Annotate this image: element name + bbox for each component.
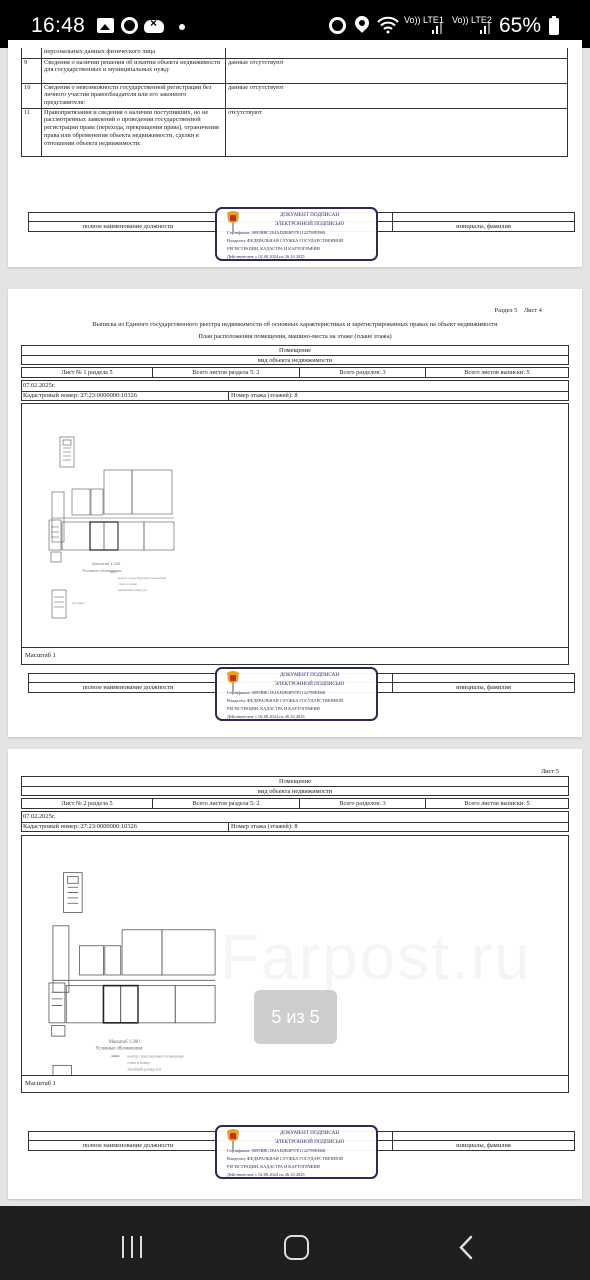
table-row: персональных данных физического лица <box>22 48 568 58</box>
name-label: инициалы, фамилия <box>392 223 575 230</box>
emblem-icon <box>225 1128 241 1150</box>
svg-text:стена и номер: стена и номер <box>127 1061 149 1065</box>
sheet-label: Лист 5 <box>541 768 559 775</box>
svg-text:контур существующего помещения: контур существующего помещения <box>127 1054 183 1058</box>
electronic-signature-stamp: ДОКУМЕНТ ПОДПИСАН ЭЛЕКТРОННОЙ ПОДПИСЬЮ С… <box>215 207 378 261</box>
svg-text:контур существующего помещения: контур существующего помещения <box>118 576 167 580</box>
position-label: полное наименование должности <box>28 223 228 230</box>
alarm-icon <box>329 17 346 34</box>
floor-plan-area: Масштаб 1:200 Условные обозначения: конт… <box>21 403 569 665</box>
svg-text:линейный размер (м): линейный размер (м) <box>118 588 147 592</box>
clock: 16:48 <box>31 14 85 38</box>
svg-text:стена и номер: стена и номер <box>118 582 137 586</box>
recent-apps-button[interactable] <box>120 1236 144 1258</box>
cadastral-number: Кадастровый номер: 27:23:0000000:10326 <box>23 822 137 832</box>
extract-heading: Выписка из Единого государственного реес… <box>8 321 582 328</box>
signal-icon <box>480 20 494 34</box>
battery-percent: 65% <box>499 14 541 38</box>
plan-subheading: План расположения помещения, машино-мест… <box>8 333 582 340</box>
q-app-icon <box>121 17 138 34</box>
svg-text:линейный размер (м): линейный размер (м) <box>127 1068 161 1072</box>
chevron-left-icon <box>458 1235 474 1260</box>
floor-number: Номер этажа (этажей): 8 <box>228 391 298 400</box>
svg-text:Условные обозначения:: Условные обозначения: <box>95 1046 143 1051</box>
electronic-signature-stamp: ДОКУМЕНТ ПОДПИСАН ЭЛЕКТРОННОЙ ПОДПИСЬЮ С… <box>215 667 378 721</box>
object-type-box: Помещение вид объекта недвижимости <box>21 345 569 365</box>
svg-text:Масштаб 1:200: Масштаб 1:200 <box>92 561 121 566</box>
scale-label: Масштаб 1 <box>22 647 568 664</box>
cadastral-box: 07.02.2025г. Кадастровый номер: 27:23:00… <box>21 380 569 401</box>
sheet-info-row: Лист № 2 раздела 5 Всего листов раздела … <box>21 798 569 809</box>
svg-text:лестница: лестница <box>72 601 85 605</box>
gallery-icon <box>97 18 114 33</box>
floor-plan-drawing: Масштаб 1:200 Условные обозначения: конт… <box>42 866 242 1076</box>
floor-number: Номер этажа (этажей): 8 <box>228 822 298 831</box>
document-page-3: персональных данных физического лица 9 С… <box>8 40 582 267</box>
table-row: 10 Сведения о невозможности государствен… <box>22 83 568 108</box>
cadastral-box: 07.02.2025г. Кадастровый номер: 27:23:00… <box>21 811 569 832</box>
object-type-box: Помещение вид объекта недвижимости <box>21 776 569 796</box>
name-label: инициалы, фамилия <box>392 684 575 691</box>
watermark: Farpost.ru <box>220 920 532 994</box>
emblem-icon <box>225 670 241 692</box>
electronic-signature-stamp: ДОКУМЕНТ ПОДПИСАН ЭЛЕКТРОННОЙ ПОДПИСЬЮ С… <box>215 1125 378 1179</box>
page-counter: 5 из 5 <box>254 990 337 1044</box>
floor-plan-drawing: Масштаб 1:200 Условные обозначения: конт… <box>44 432 194 642</box>
position-label: полное наименование должности <box>28 1142 228 1149</box>
cadastral-number: Кадастровый номер: 27:23:0000000:10326 <box>23 391 137 401</box>
section-sheet-label: Раздел 5 Лист 4 <box>495 307 542 314</box>
info-table: персональных данных физического лица 9 С… <box>21 48 568 157</box>
scale-label: Масштаб 1 <box>22 1075 568 1092</box>
cloud-error-icon <box>144 20 164 33</box>
emblem-icon <box>225 210 241 232</box>
table-row: 9 Сведения о наличии решения об изъятии … <box>22 58 568 83</box>
signal-icon <box>432 20 446 34</box>
svg-text:Масштаб 1:200: Масштаб 1:200 <box>109 1040 140 1045</box>
battery-icon <box>549 18 559 35</box>
table-row: 11 Правопритязания и сведения о наличии … <box>22 108 568 156</box>
back-button[interactable] <box>458 1235 474 1260</box>
position-label: полное наименование должности <box>28 684 228 691</box>
svg-text:Условные обозначения:: Условные обозначения: <box>82 568 122 573</box>
name-label: инициалы, фамилия <box>392 1142 575 1149</box>
navigation-bar <box>0 1206 590 1280</box>
home-button[interactable] <box>284 1235 309 1260</box>
wifi-icon <box>377 16 399 37</box>
sheet-info-row: Лист № 1 раздела 5 Всего листов раздела … <box>21 367 569 378</box>
location-icon <box>352 13 372 33</box>
notification-dot-icon <box>179 24 185 30</box>
document-page-4: Раздел 5 Лист 4 Выписка из Единого госуд… <box>8 289 582 737</box>
